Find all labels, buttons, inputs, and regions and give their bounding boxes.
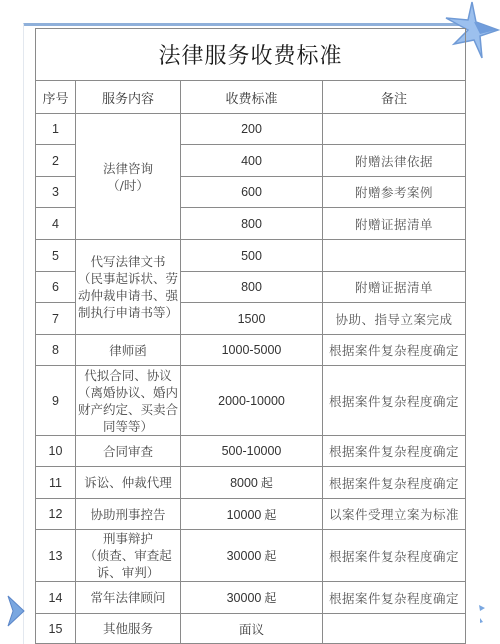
fee-cell: 400: [181, 145, 323, 177]
fee-cell: 10000起: [181, 499, 323, 530]
row-number: 6: [36, 272, 76, 303]
note-cell: 根据案件复杂程度确定: [323, 467, 466, 499]
frame-top-border: [23, 23, 463, 26]
fee-unit: 起: [261, 476, 273, 490]
table-header-row: 序号 服务内容 收费标准 备注: [36, 81, 466, 114]
service-cell: 常年法律顾问: [76, 582, 181, 614]
service-cell-contract: 代拟合同、协议 （离婚协议、婚内 财产约定、买卖合 同等等）: [76, 366, 181, 436]
service-label: 刑事辩护: [76, 530, 180, 547]
service-label: 法律咨询: [76, 160, 180, 177]
table-row: 8 律师函 1000-5000 根据案件复杂程度确定: [36, 335, 466, 366]
note-cell: 附赠证据清单: [323, 272, 466, 303]
service-sublabel: 动仲裁申请书、强: [76, 287, 180, 304]
row-number: 2: [36, 145, 76, 177]
row-number: 3: [36, 177, 76, 208]
table-row: 10 合同审查 500-10000 根据案件复杂程度确定: [36, 436, 466, 467]
fee-cell: 800: [181, 272, 323, 303]
column-header-no: 序号: [36, 81, 76, 114]
service-sublabel: （离婚协议、婚内: [76, 384, 180, 401]
fee-cell: 500-10000: [181, 436, 323, 467]
note-cell: 根据案件复杂程度确定: [323, 530, 466, 582]
service-label: 代拟合同、协议: [76, 367, 180, 384]
row-number: 10: [36, 436, 76, 467]
note-cell: 附赠法律依据: [323, 145, 466, 177]
note-cell: 根据案件复杂程度确定: [323, 582, 466, 614]
fee-amount: 8000: [230, 476, 258, 490]
fee-cell: 800: [181, 208, 323, 240]
column-header-service: 服务内容: [76, 81, 181, 114]
service-sublabel: 财产约定、买卖合: [76, 401, 180, 418]
fee-cell: 200: [181, 114, 323, 145]
row-number: 9: [36, 366, 76, 436]
note-cell: 协助、指导立案完成: [323, 303, 466, 335]
service-cell-drafting: 代写法律文书 （民事起诉状、劳 动仲裁申请书、强 制执行申请书等）: [76, 240, 181, 335]
service-cell: 律师函: [76, 335, 181, 366]
column-header-note: 备注: [323, 81, 466, 114]
table-row: 1 法律咨询 （/时） 200: [36, 114, 466, 145]
table-row: 14 常年法律顾问 30000起 根据案件复杂程度确定: [36, 582, 466, 614]
service-sublabel: （/时）: [76, 177, 180, 194]
arrow-icon: [6, 594, 26, 628]
service-cell-criminal: 刑事辩护 （侦查、审查起 诉、审判）: [76, 530, 181, 582]
row-number: 7: [36, 303, 76, 335]
table-title: 法律服务收费标准: [36, 29, 466, 81]
service-cell: 诉讼、仲裁代理: [76, 467, 181, 499]
note-cell: 根据案件复杂程度确定: [323, 366, 466, 436]
service-sublabel: 诉、审判）: [76, 564, 180, 581]
table-row: 11 诉讼、仲裁代理 8000起 根据案件复杂程度确定: [36, 467, 466, 499]
fee-schedule-table: 法律服务收费标准 序号 服务内容 收费标准 备注 1 法律咨询 （/时） 200…: [35, 28, 466, 644]
fee-amount: 10000: [227, 508, 262, 522]
fee-unit: 起: [264, 508, 276, 522]
table-row: 5 代写法律文书 （民事起诉状、劳 动仲裁申请书、强 制执行申请书等） 500: [36, 240, 466, 272]
note-cell: 附赠证据清单: [323, 208, 466, 240]
service-cell: 协助刑事控告: [76, 499, 181, 530]
fee-cell: 1500: [181, 303, 323, 335]
note-cell: 附赠参考案例: [323, 177, 466, 208]
note-cell: 以案件受理立案为标准: [323, 499, 466, 530]
note-cell: 根据案件复杂程度确定: [323, 436, 466, 467]
service-label: 代写法律文书: [76, 253, 180, 270]
row-number: 11: [36, 467, 76, 499]
service-sublabel: （民事起诉状、劳: [76, 270, 180, 287]
table-row: 13 刑事辩护 （侦查、审查起 诉、审判） 30000起 根据案件复杂程度确定: [36, 530, 466, 582]
column-header-fee: 收费标准: [181, 81, 323, 114]
fee-cell: 30000起: [181, 530, 323, 582]
row-number: 13: [36, 530, 76, 582]
fee-cell: 1000-5000: [181, 335, 323, 366]
service-sublabel: 制执行申请书等）: [76, 304, 180, 321]
row-number: 14: [36, 582, 76, 614]
service-sublabel: （侦查、审查起: [76, 547, 180, 564]
fee-amount: 30000: [227, 591, 262, 605]
row-number: 4: [36, 208, 76, 240]
note-cell: [323, 240, 466, 272]
fee-cell: 600: [181, 177, 323, 208]
row-number: 12: [36, 499, 76, 530]
fee-cell: 8000起: [181, 467, 323, 499]
row-number: 1: [36, 114, 76, 145]
row-number: 8: [36, 335, 76, 366]
fee-cell: 面议: [181, 614, 323, 644]
row-number: 15: [36, 614, 76, 644]
fee-cell: 500: [181, 240, 323, 272]
service-cell: 其他服务: [76, 614, 181, 644]
service-cell-consult: 法律咨询 （/时）: [76, 114, 181, 240]
table-row: 9 代拟合同、协议 （离婚协议、婚内 财产约定、买卖合 同等等） 2000-10…: [36, 366, 466, 436]
note-cell: 根据案件复杂程度确定: [323, 335, 466, 366]
fee-amount: 30000: [227, 549, 262, 563]
fee-unit: 起: [264, 591, 276, 605]
fee-cell: 30000起: [181, 582, 323, 614]
note-cell: [323, 114, 466, 145]
table-row: 15 其他服务 面议: [36, 614, 466, 644]
fee-cell: 2000-10000: [181, 366, 323, 436]
frame-left-border: [23, 24, 24, 644]
decorative-mark-icon: [478, 604, 486, 624]
row-number: 5: [36, 240, 76, 272]
fee-unit: 起: [264, 549, 276, 563]
service-sublabel: 同等等）: [76, 418, 180, 435]
note-cell: [323, 614, 466, 644]
table-row: 12 协助刑事控告 10000起 以案件受理立案为标准: [36, 499, 466, 530]
service-cell: 合同审查: [76, 436, 181, 467]
